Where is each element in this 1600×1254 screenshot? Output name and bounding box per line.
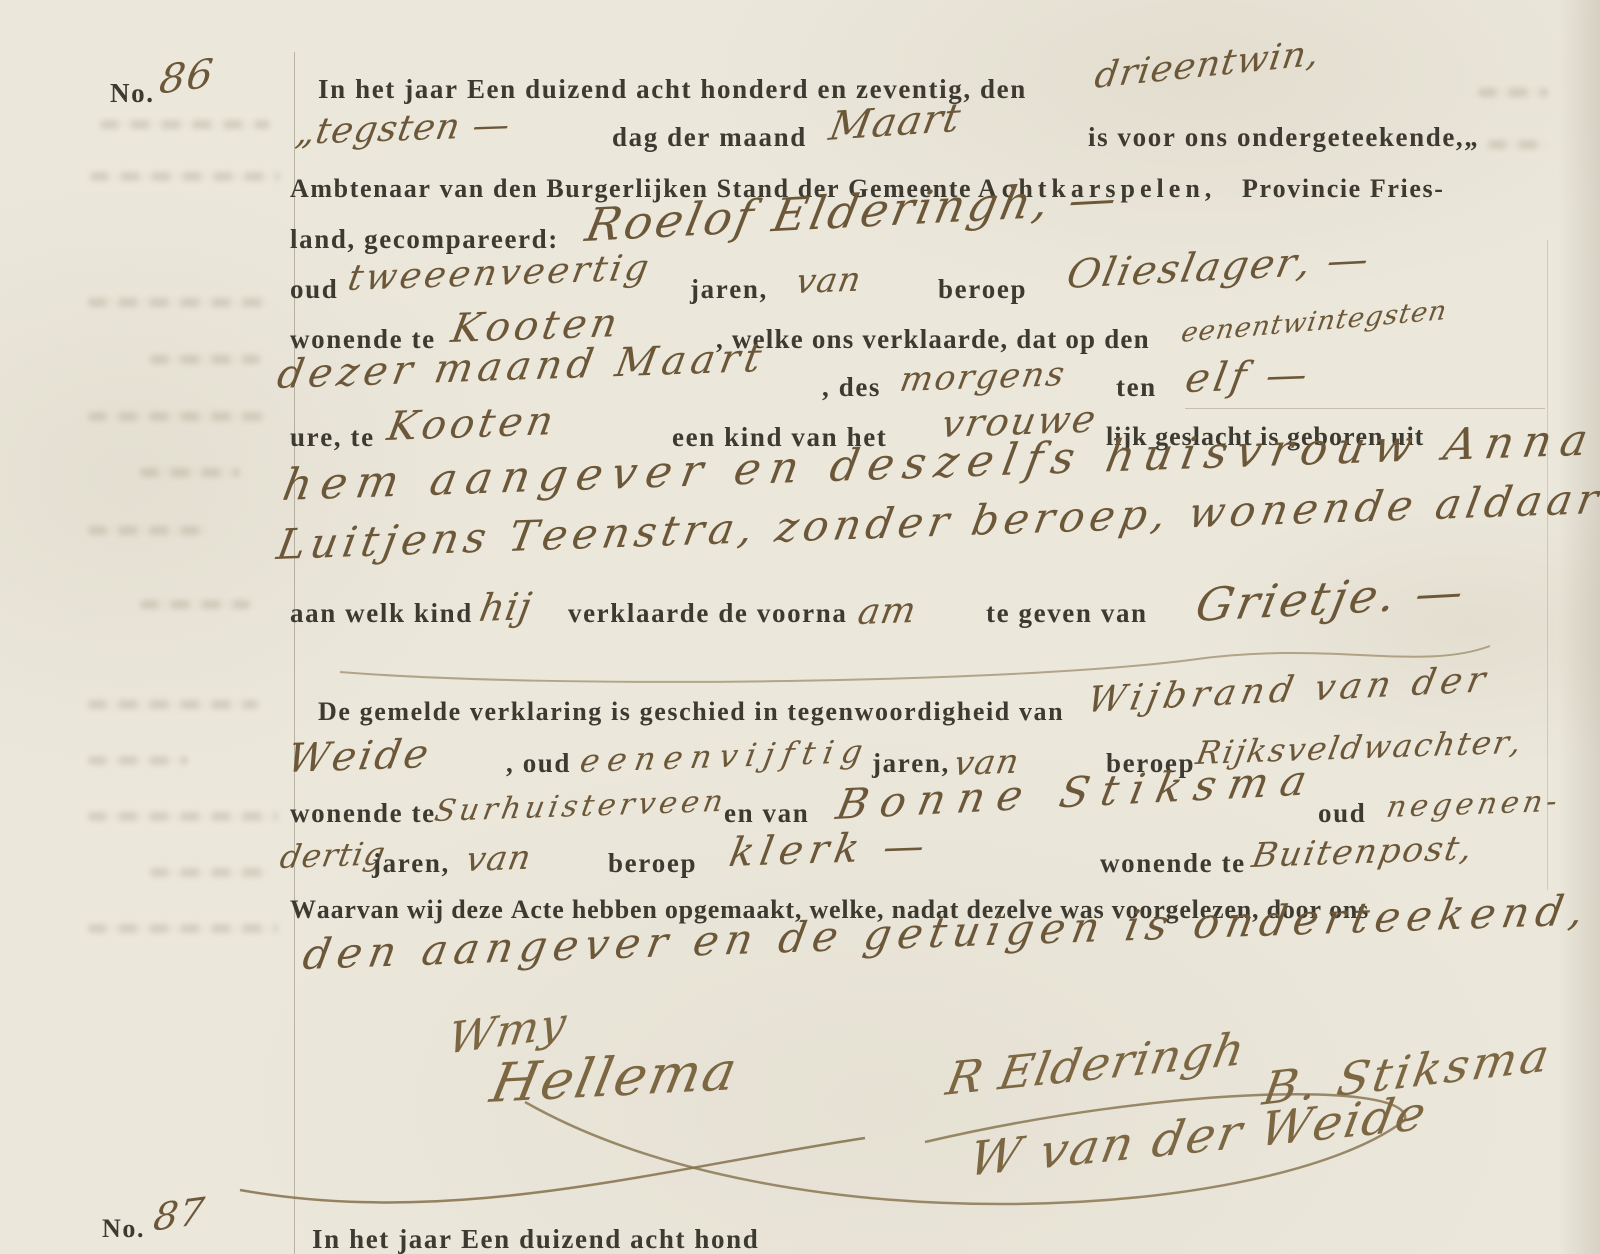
field-witness1-residence: Surhuisterveen [432,784,730,829]
field-witness2-occupation: klerk — [726,823,934,876]
printed-beroep3: beroep [608,848,697,879]
field-day-part2: „tegsten — [293,105,514,153]
printed-verklaring-line: De gemelde verklaring is geschied in teg… [318,697,1064,727]
printed-en-van: en van [724,798,809,829]
bleed-through-mark [140,600,250,609]
bleed-through-mark [88,756,188,765]
field-declarant-occupation: Olieslager, — [1063,236,1375,298]
printed-te-geven-van: te geven van [986,598,1148,629]
bleed-through-mark [90,172,280,181]
printed-voornaam: verklaarde de voorna [568,598,847,629]
printed-dag-der-maand: dag der maand [612,122,807,153]
printed-aan-welk-kind: aan welk kind [290,598,473,629]
margin-record-number: 86 [157,51,216,104]
printed-gecompareerd: land, gecompareerd: [290,224,559,255]
bleed-through-mark [100,120,270,129]
birth-certificate-scan: No. 86 In het jaar Een duizend acht hond… [0,0,1600,1254]
field-birth-day: eenentwintegsten [1179,295,1450,349]
bleed-through-mark [88,526,208,535]
script-van: van [793,260,865,302]
script-van3: van [463,838,535,880]
field-declarant-age: tweeenveertig [345,248,655,299]
script-am: am [855,590,920,633]
bleed-through-mark [88,812,278,821]
field-witness2-age-part1: negenen- [1384,784,1564,825]
field-month: Maart [826,95,965,150]
printed-ondergeteekende: is voor ons ondergeteekende,„ [1088,122,1479,153]
printed-jaren3: jaren, [372,848,450,879]
bleed-through-mark [88,924,278,933]
printed-oud3: oud [1318,798,1366,829]
printed-ten: ten [1116,372,1157,403]
printed-oud2: , oud [506,748,571,779]
field-time-of-day: morgens [897,354,1069,400]
bleed-through-mark [150,868,270,877]
bleed-through-mark [150,355,260,364]
footer-next-act-line: In het jaar Een duizend acht hond [312,1224,759,1254]
footer-record-number: 87 [151,1189,207,1240]
printed-wonende-te2: wonende te [290,798,436,829]
field-child-name: Grietje. — [1191,564,1471,632]
field-witness2-residence: Buitenpost, [1249,828,1477,876]
printed-beroep: beroep [938,274,1027,305]
printed-des: , des [822,372,881,403]
field-hour: elf — [1182,352,1315,402]
field-birth-place: Kooten [384,398,561,450]
script-hij: hij [476,584,536,630]
printed-wonende-te3: wonende te [1100,848,1246,879]
printed-jaren: jaren, [690,274,768,305]
printed-provincie: Provincie Fries- [1242,174,1444,204]
bleed-through-mark [1478,88,1548,97]
printed-ure-te: ure, te [290,422,375,453]
field-day-part1: drieentwin, [1092,33,1322,97]
footer-record-number-label: No. [102,1214,145,1244]
printed-verklaarde: , welke ons verklaarde, dat op den [716,324,1150,355]
printed-oud: oud [290,274,338,305]
field-witness1-name-part2: Weide [284,731,435,782]
bleed-through-mark [88,700,258,709]
guide-line [1185,408,1545,409]
bleed-through-mark [88,412,268,421]
bleed-through-mark [140,468,240,477]
bleed-through-mark [1488,140,1548,149]
field-witness1-age: eenenvijftig [577,732,873,780]
bleed-through-mark [88,298,268,307]
page-edge-shade [1558,0,1600,1254]
margin-record-number-label: No. [110,78,155,109]
